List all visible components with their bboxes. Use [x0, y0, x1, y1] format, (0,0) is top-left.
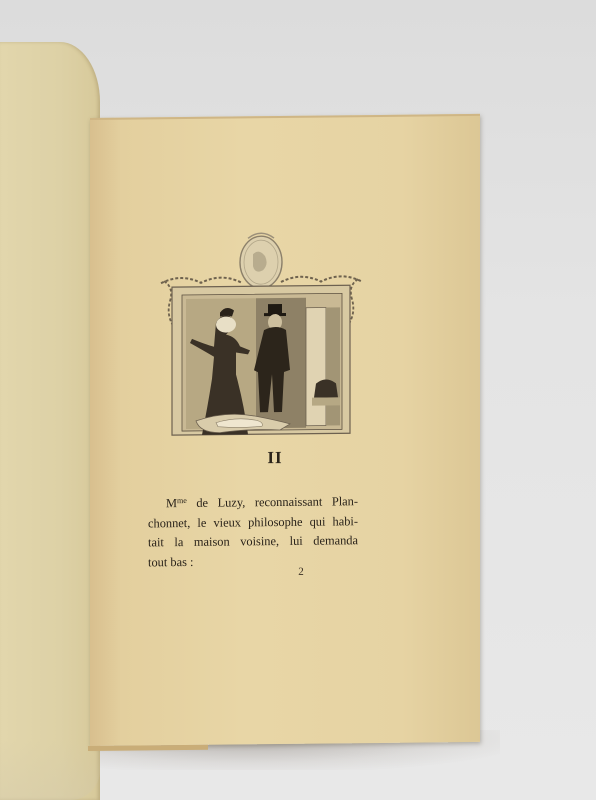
engraving-illustration [156, 223, 366, 445]
text-line-2: chonnet, le vieux philosophe qui habi- [148, 512, 358, 534]
text-line-1: Mme de Luzy, reconnaissant Plan- [148, 489, 358, 514]
left-facing-page [0, 42, 100, 800]
engraving-illustration-icon [156, 223, 366, 445]
book-page: II Mme de Luzy, reconnaissant Plan- chon… [90, 114, 480, 746]
chapter-number: II [80, 446, 470, 470]
text-prefix: M [166, 496, 177, 510]
title-superscript: me [177, 496, 187, 505]
left-page-shading [0, 740, 100, 800]
body-text: Mme de Luzy, reconnaissant Plan- chonnet… [148, 489, 358, 572]
text-line-1-rest: de Luzy, reconnaissant Plan- [187, 494, 358, 510]
page-top-edge [90, 114, 480, 120]
text-line-3: tait la maison voisine, lui demanda [148, 531, 358, 553]
